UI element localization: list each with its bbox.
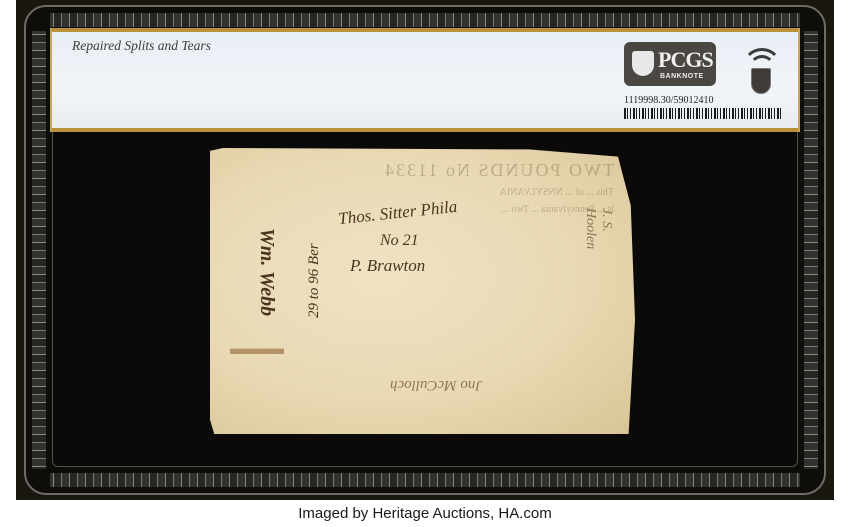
grading-label: Repaired Splits and Tears PCGS BANKNOTE … [50, 28, 800, 132]
greek-key-border-top [50, 13, 800, 27]
banknote-wordmark: BANKNOTE [660, 73, 704, 80]
inscription: Wm. Webb [255, 228, 278, 316]
inscription: Jno McCulloch [390, 376, 482, 393]
barcode-icon [624, 108, 782, 119]
pcgs-logo: PCGS BANKNOTE [624, 42, 716, 86]
colonial-note: TWO POUNDS No 11334 This ... of ... NNSY… [210, 148, 635, 434]
greek-key-border-left [32, 31, 46, 469]
greek-key-border-bottom [50, 473, 800, 487]
image-credit: Imaged by Heritage Auctions, HA.com [0, 505, 850, 522]
inscription: No 21 [380, 232, 419, 250]
pcgs-wordmark: PCGS [658, 47, 713, 73]
ink-stain: ▬▬▬ [230, 338, 284, 359]
greek-key-border-right [804, 31, 818, 469]
shield-icon [632, 51, 654, 76]
label-comment: Repaired Splits and Tears [72, 38, 211, 54]
inscription: J. S. Hoolen [582, 208, 614, 249]
inscription: 29 to 96 Ber [306, 243, 323, 318]
nfc-shield-icon [740, 46, 780, 94]
inscription: P. Brawton [350, 256, 425, 276]
banknote-photo: Repaired Splits and Tears PCGS BANKNOTE … [16, 0, 834, 500]
cert-number: 1119998.30/59012410 [624, 95, 714, 106]
